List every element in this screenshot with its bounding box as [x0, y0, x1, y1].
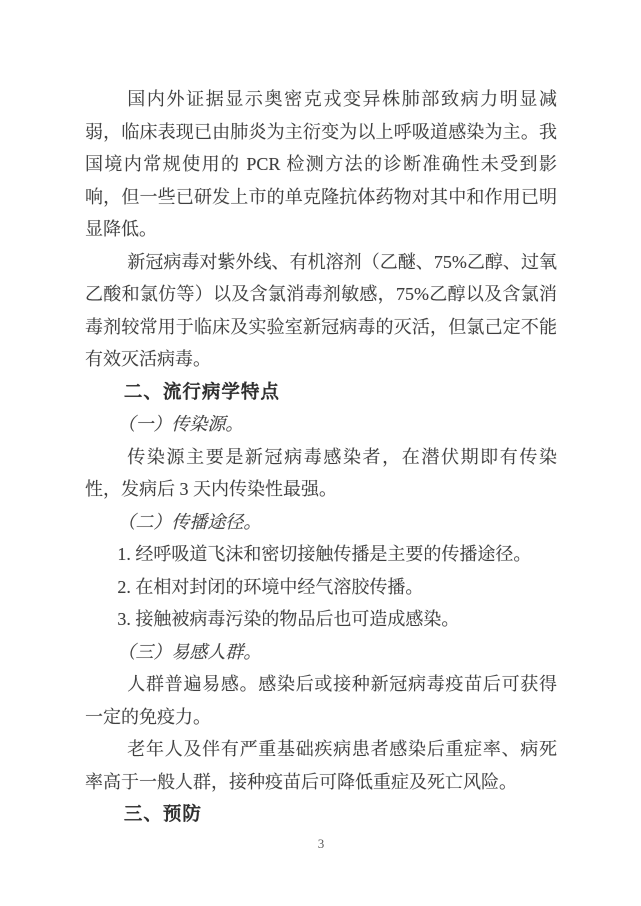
body-paragraph-virus-pathogenicity: 国内外证据显示奥密克戎变异株肺部致病力明显减弱，临床表现已由肺炎为主衍变为以上呼…: [85, 83, 557, 246]
document-page: 国内外证据显示奥密克戎变异株肺部致病力明显减弱，临床表现已由肺炎为主衍变为以上呼…: [0, 0, 641, 906]
body-paragraph-infection-source: 传染源主要是新冠病毒感染者，在潜伏期即有传染性，发病后 3 天内传染性最强。: [85, 441, 557, 506]
body-paragraph-elderly-risk: 老年人及伴有严重基础疾病患者感染后重症率、病死率高于一般人群，接种疫苗后可降低重…: [85, 733, 557, 798]
body-paragraph-disinfectant-sensitivity: 新冠病毒对紫外线、有机溶剂（乙醚、75%乙醇、过氧乙酸和氯仿等）以及含氯消毒剂敏…: [85, 246, 557, 376]
subsection-heading-susceptible-population: （三）易感人群。: [85, 636, 557, 669]
section-heading-prevention: 三、预防: [85, 798, 557, 831]
transmission-route-item-1: 1. 经呼吸道飞沫和密切接触传播是主要的传播途径。: [85, 538, 557, 571]
subsection-heading-transmission-route: （二）传播途径。: [85, 506, 557, 539]
body-paragraph-susceptibility: 人群普遍易感。感染后或接种新冠病毒疫苗后可获得一定的免疫力。: [85, 668, 557, 733]
transmission-route-item-3: 3. 接触被病毒污染的物品后也可造成感染。: [85, 603, 557, 636]
document-body: 国内外证据显示奥密克戎变异株肺部致病力明显减弱，临床表现已由肺炎为主衍变为以上呼…: [85, 83, 557, 831]
subsection-heading-infection-source: （一）传染源。: [85, 408, 557, 441]
transmission-route-item-2: 2. 在相对封闭的环境中经气溶胶传播。: [85, 571, 557, 604]
page-number: 3: [85, 836, 557, 852]
section-heading-epidemiology: 二、流行病学特点: [85, 376, 557, 409]
